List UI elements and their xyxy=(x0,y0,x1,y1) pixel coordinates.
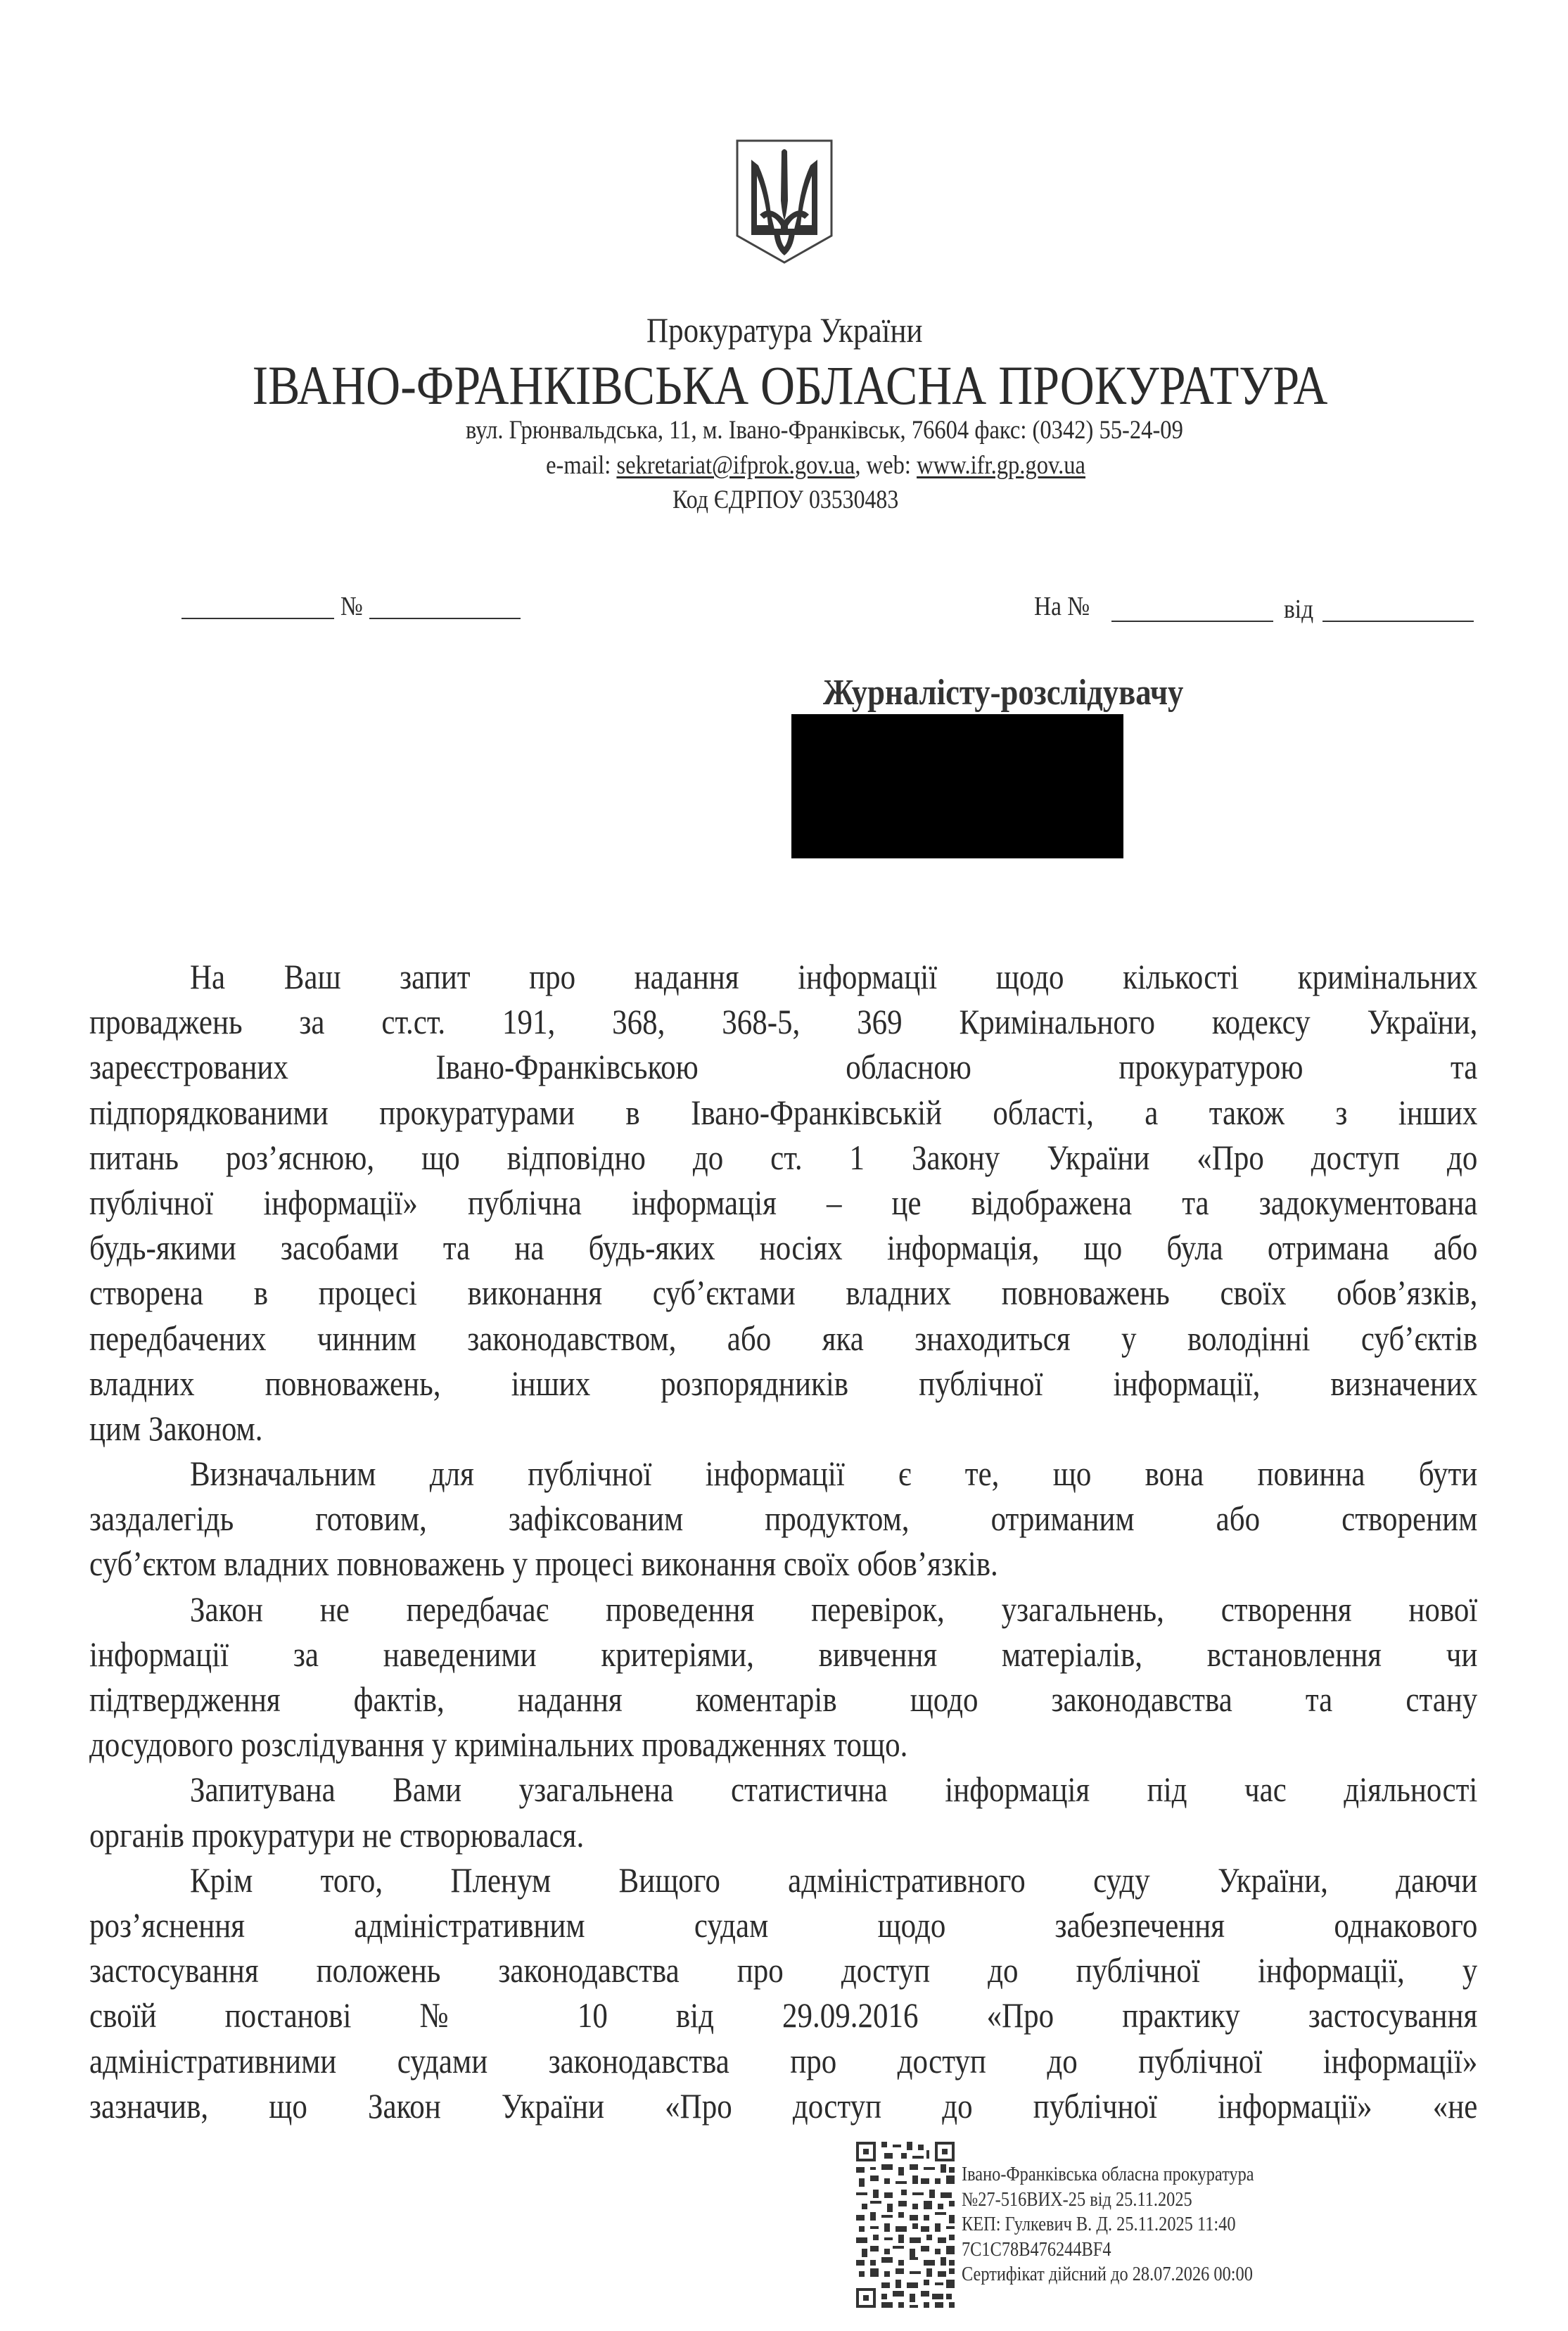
incoming-number-blank xyxy=(1111,621,1273,622)
body-line: підпорядкованими прокуратурами в Івано-Ф… xyxy=(89,1090,1477,1135)
body-line: органів прокуратури не створювалася. xyxy=(89,1812,1477,1857)
email-link[interactable]: sekretariat@ifprok.gov.ua xyxy=(616,451,855,480)
incoming-number-label: На № xyxy=(1034,592,1090,621)
incoming-date-blank xyxy=(1322,621,1474,622)
body-line: будь-якими засобами та на будь-яких носі… xyxy=(89,1225,1477,1270)
body-line: На Ваш запит про надання інформації щодо… xyxy=(190,954,1477,999)
body-line: застосування положень законодавства про … xyxy=(89,1948,1477,1993)
outgoing-number-label: № xyxy=(340,592,363,621)
paragraph-1: На Ваш запит про надання інформації щодо… xyxy=(89,954,1477,1451)
organization-title: ІВАНО-ФРАНКІВСЬКА ОБЛАСНА ПРОКУРАТУРА xyxy=(108,354,1472,417)
trident-icon xyxy=(732,137,837,278)
body-line: публічної інформації» публічна інформаці… xyxy=(89,1180,1477,1225)
body-line: Запитувана Вами узагальнена статистична … xyxy=(190,1767,1477,1812)
body-line: створена в процесі виконання суб’єктами … xyxy=(89,1270,1477,1315)
body-line: питань роз’яснюю, що відповідно до ст. 1… xyxy=(89,1135,1477,1180)
outgoing-date-blank xyxy=(181,618,334,619)
body-line: суб’єктом владних повноважень у процесі … xyxy=(89,1541,1477,1586)
stamp-signer: КЕП: Гулкевич В. Д. 25.11.2025 11:40 xyxy=(962,2212,1254,2237)
paragraph-5: Крім того, Пленум Вищого адміністративно… xyxy=(89,1857,1477,2128)
body-line: цим Законом. xyxy=(89,1406,1477,1451)
body-line: підтвердження фактів, надання коментарів… xyxy=(89,1677,1477,1722)
body-line: своїй постанові № 10 від 29.09.2016 «Про… xyxy=(89,1993,1477,2038)
body-line: заздалегідь готовим, зафіксованим продук… xyxy=(89,1496,1477,1541)
outgoing-number-blank xyxy=(369,618,521,619)
web-label: , web: xyxy=(855,451,917,480)
redaction-box xyxy=(791,714,1123,858)
web-link[interactable]: www.ifr.gp.gov.ua xyxy=(917,451,1085,480)
organization-address: вул. Грюнвальдська, 11, м. Івано-Франків… xyxy=(134,415,1515,445)
body-line: передбачених чинним законодавством, або … xyxy=(89,1316,1477,1361)
stamp-certificate-validity: Сертифікат дійсний до 28.07.2026 00:00 xyxy=(962,2262,1254,2287)
body-line: досудового розслідування у кримінальних … xyxy=(89,1722,1477,1767)
email-label: e-mail: xyxy=(546,451,616,480)
body-line: Крім того, Пленум Вищого адміністративно… xyxy=(190,1857,1477,1903)
body-line: Закон не передбачає проведення перевірок… xyxy=(190,1587,1477,1632)
edrpou-code: Код ЄДРПОУ 03530483 xyxy=(111,485,1460,515)
body-line: зареєстрованих Івано-Франківською обласн… xyxy=(89,1044,1477,1089)
body-line: владних повноважень, інших розпорядників… xyxy=(89,1361,1477,1406)
qr-code-icon xyxy=(853,2139,957,2311)
stamp-organization: Івано-Франківська обласна прокуратура xyxy=(962,2162,1254,2187)
digital-signature-stamp: Івано-Франківська обласна прокуратура №2… xyxy=(962,2162,1254,2287)
body-line: зазначив, що Закон України «Про доступ д… xyxy=(89,2083,1477,2128)
stamp-document-number: №27-516ВИХ-25 від 25.11.2025 xyxy=(962,2187,1254,2213)
addressee-title: Журналісту-розслідувачу xyxy=(823,672,1183,713)
letter-body: На Ваш запит про надання інформації щодо… xyxy=(89,954,1477,2128)
incoming-date-label: від xyxy=(1284,595,1313,623)
parent-organization: Прокуратура України xyxy=(110,310,1459,350)
body-line: інформації за наведеними критеріями, вив… xyxy=(89,1632,1477,1677)
paragraph-3: Закон не передбачає проведення перевірок… xyxy=(89,1587,1477,1767)
organization-contacts: e-mail: sekretariat@ifprok.gov.ua, web: … xyxy=(126,450,1506,481)
body-line: адміністративними судами законодавства п… xyxy=(89,2038,1477,2083)
body-line: проваджень за ст.ст. 191, 368, 368-5, 36… xyxy=(89,999,1477,1044)
stamp-certificate-serial: 7C1C78B476244BF4 xyxy=(962,2237,1254,2263)
paragraph-2: Визначальним для публічної інформації є … xyxy=(89,1451,1477,1587)
paragraph-4: Запитувана Вами узагальнена статистична … xyxy=(89,1767,1477,1857)
body-line: роз’яснення адміністративним судам щодо … xyxy=(89,1903,1477,1948)
body-line: Визначальним для публічної інформації є … xyxy=(190,1451,1477,1496)
